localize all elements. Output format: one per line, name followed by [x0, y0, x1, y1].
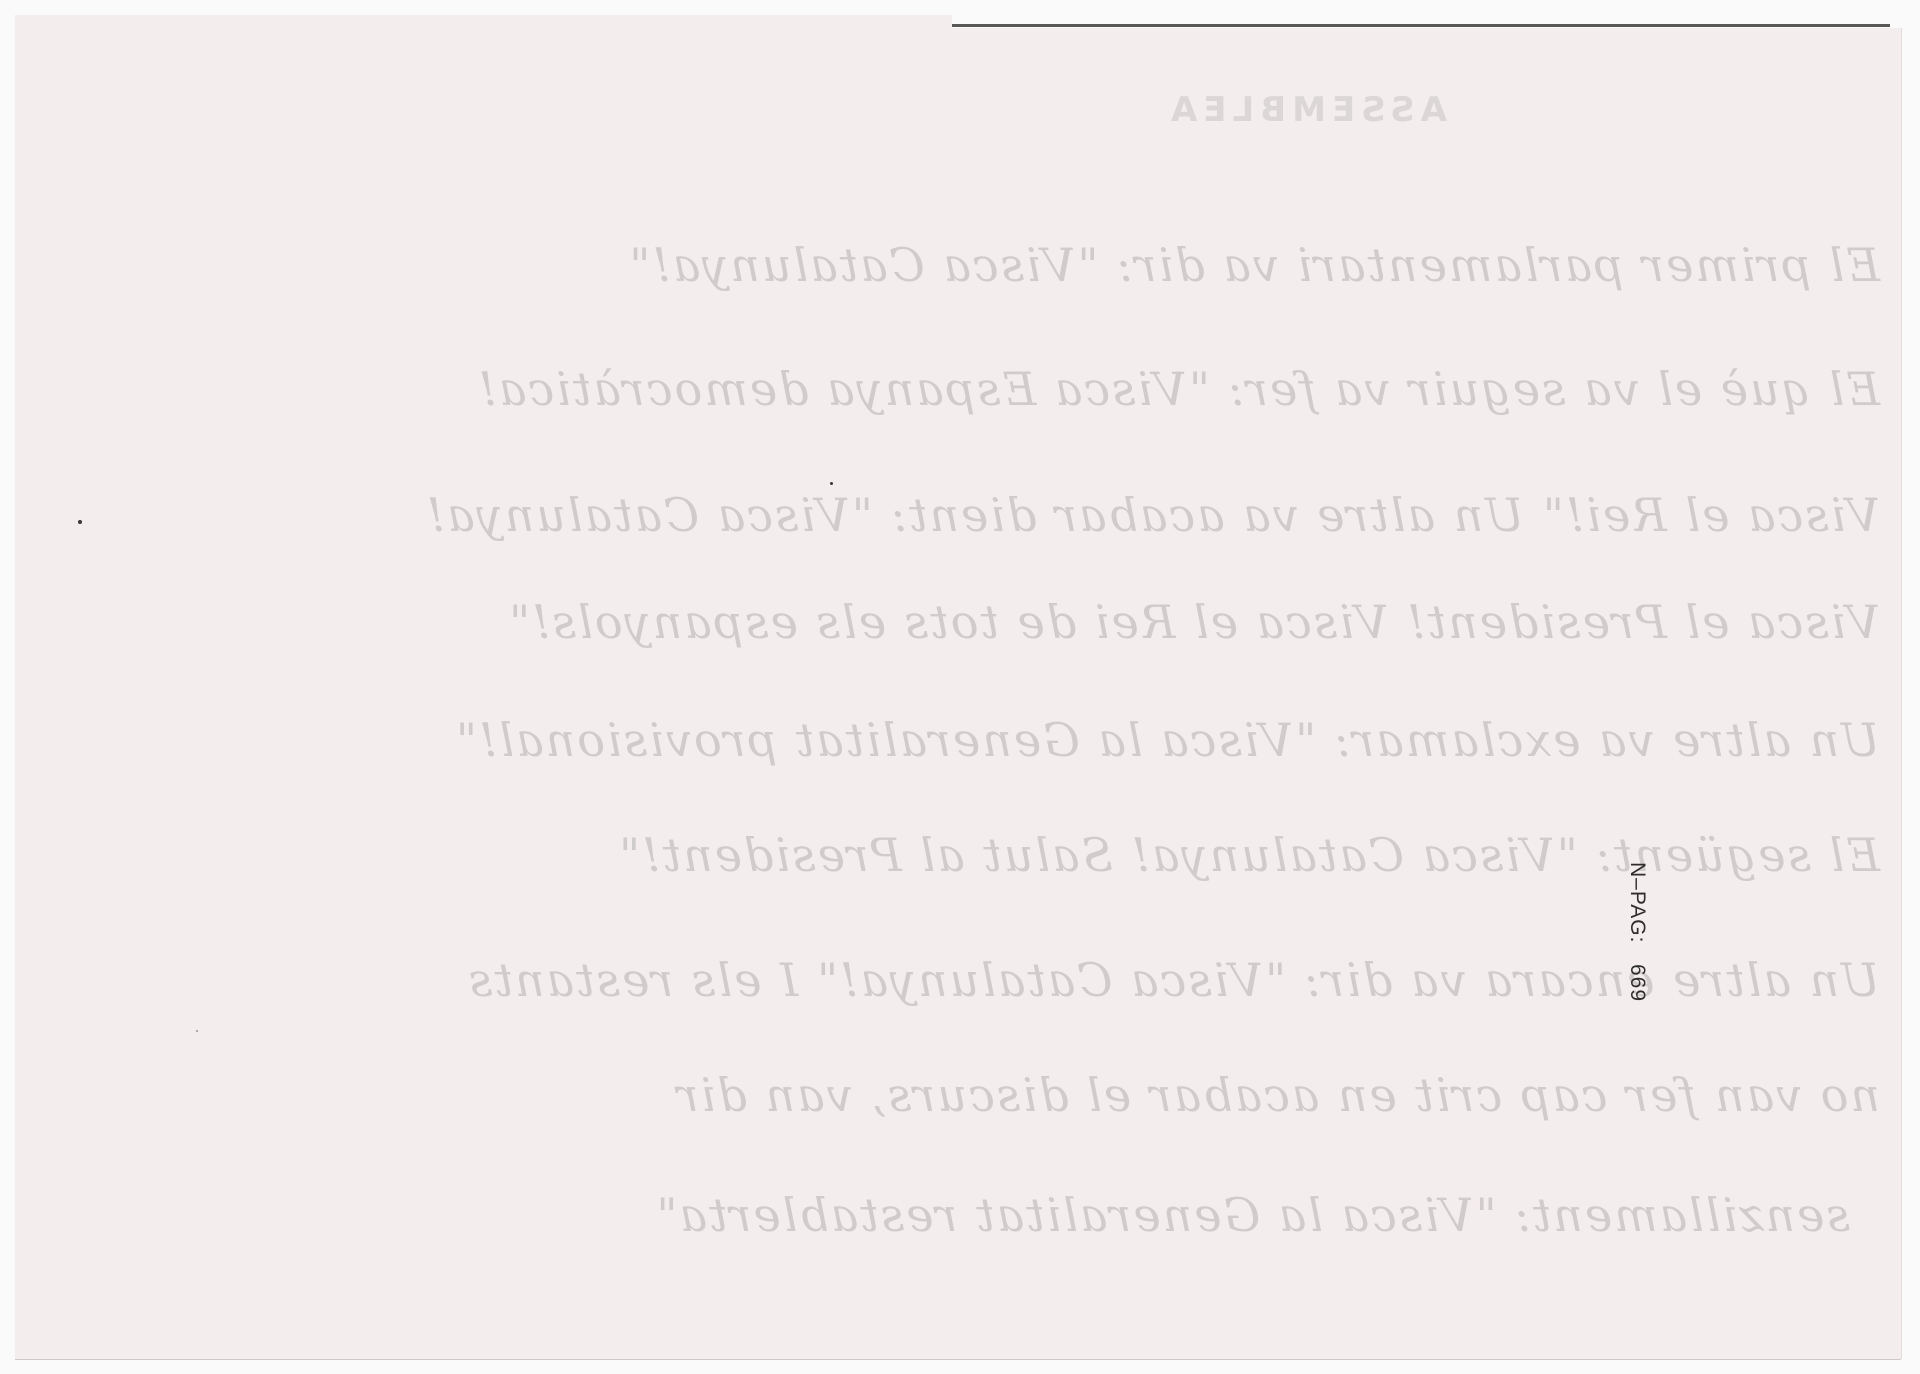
scanned-page: ASSEMBLEA El primer parlamentari va dir:…: [0, 0, 1920, 1374]
bleed-through-line-7: Un altre encara va dir: "Visca Catalunya…: [395, 953, 1880, 1007]
bleed-through-line-4: Visca el President! Visca el Rei de tots…: [430, 595, 1880, 649]
scan-speck: [830, 482, 833, 485]
bleed-through-line-9: senzillament: "Visca la Generalitat rest…: [700, 1188, 1850, 1242]
scan-speck: [196, 1030, 198, 1032]
bleed-through-line-2: El què el va seguir va fer: "Visca Espan…: [655, 362, 1880, 416]
sheet-edge-line: [952, 24, 1890, 27]
paper-sheet: [15, 15, 1901, 1359]
bleed-through-line-5: Un altre va exclamar: "Visca la Generali…: [490, 713, 1880, 767]
bleed-through-heading: ASSEMBLEA: [1165, 90, 1447, 130]
bleed-through-line-8: no van fer cap crit en acabar el discurs…: [580, 1068, 1880, 1122]
scan-speck: [78, 520, 82, 524]
bleed-through-line-1: El primer parlamentari va dir: "Visca Ca…: [860, 238, 1880, 292]
page-number-stamp: N–PAG: 669: [1625, 862, 1649, 1002]
bleed-through-line-6: El següent: "Visca Catalunya! Salut al P…: [500, 828, 1880, 882]
bleed-through-line-3: Visca el Rei!" Un altre va acabar dient:…: [370, 488, 1880, 542]
